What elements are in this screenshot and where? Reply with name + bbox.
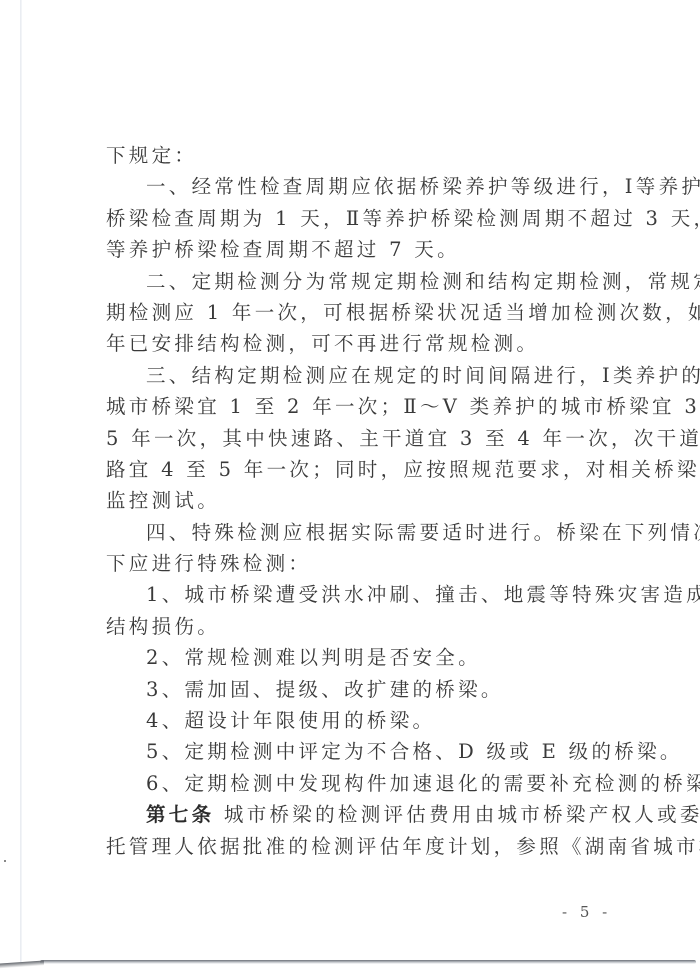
list-item-line: 6、定期检测中发现构件加速退化的需要补充检测的桥梁。: [106, 768, 606, 799]
scan-page-shadow-bottom: [40, 960, 696, 964]
list-item-line: 2、常规检测难以判明是否安全。: [106, 642, 606, 673]
paragraph-line: 四、特殊检测应根据实际需要适时进行。桥梁在下列情况: [106, 517, 606, 548]
paragraph-line: 路宜 4 至 5 年一次；同时，应按照规范要求，对相关桥梁进行: [106, 454, 606, 485]
paragraph-line: 监控测试。: [106, 485, 606, 516]
scan-page-shadow-corner: [0, 960, 44, 968]
paragraph-line: 下规定：: [106, 140, 606, 171]
list-item-line: 5、定期检测中评定为不合格、D 级或 E 级的桥梁。: [106, 736, 606, 767]
paragraph-line: 桥梁检查周期为 1 天，Ⅱ等养护桥梁检测周期不超过 3 天，Ⅲ: [106, 203, 606, 234]
list-item-line: 结构损伤。: [106, 611, 606, 642]
paragraph-line: 二、定期检测分为常规定期检测和结构定期检测，常规定: [106, 266, 606, 297]
document-body: 下规定： 一、经常性检查周期应依据桥梁养护等级进行，Ⅰ等养护 桥梁检查周期为 1…: [106, 140, 606, 862]
list-item-line: 3、需加固、提级、改扩建的桥梁。: [106, 674, 606, 705]
article-7-line-2: 托管理人依据批准的检测评估年度计划，参照《湖南省城市桥: [106, 831, 606, 862]
paragraph-line: 期检测应 1 年一次，可根据桥梁状况适当增加检测次数，如当: [106, 297, 606, 328]
scan-speck: [4, 860, 6, 862]
paragraph-line: 等养护桥梁检查周期不超过 7 天。: [106, 234, 606, 265]
article-text: 城市桥梁的检测评估费用由城市桥梁产权人或委: [214, 803, 700, 826]
paragraph-line: 年已安排结构检测，可不再进行常规检测。: [106, 328, 606, 359]
page-number: - 5 -: [562, 903, 611, 921]
paragraph-line: 下应进行特殊检测：: [106, 548, 606, 579]
paragraph-line: 城市桥梁宜 1 至 2 年一次；Ⅱ～Ⅴ 类养护的城市桥梁宜 3 至: [106, 391, 606, 422]
paragraph-line: 一、经常性检查周期应依据桥梁养护等级进行，Ⅰ等养护: [106, 171, 606, 202]
scan-page-edge-left: [20, 0, 22, 962]
paragraph-line: 三、结构定期检测应在规定的时间间隔进行，Ⅰ类养护的: [106, 360, 606, 391]
list-item-line: 4、超设计年限使用的桥梁。: [106, 705, 606, 736]
article-heading: 第七条: [146, 803, 214, 826]
list-item-line: 1、城市桥梁遭受洪水冲刷、撞击、地震等特殊灾害造成: [106, 579, 606, 610]
paragraph-line: 5 年一次，其中快速路、主干道宜 3 至 4 年一次，次干道、支: [106, 423, 606, 454]
article-7-line-1: 第七条 城市桥梁的检测评估费用由城市桥梁产权人或委: [106, 799, 606, 830]
